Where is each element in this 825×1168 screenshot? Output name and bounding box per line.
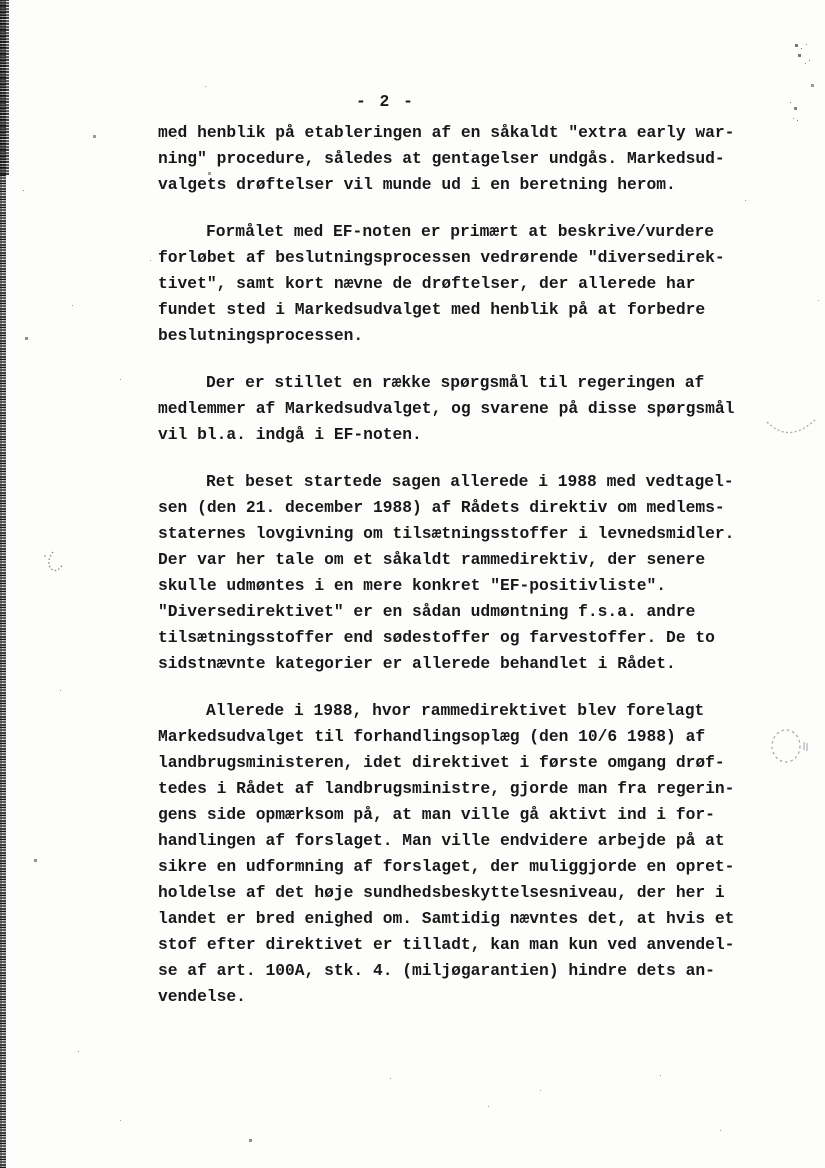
scan-arc-artifact [763,412,821,448]
handwritten-scribble-mark [40,548,70,578]
document-body: med henblik på etableringen af en såkald… [158,120,758,1010]
scan-noise-speckles [0,0,1,1]
page-number: - 2 - [356,92,415,111]
paragraph-4: Ret beset startede sagen allerede i 1988… [158,469,758,677]
scanned-document-page: - 2 - med henblik på etableringen af en … [0,0,825,1168]
left-scan-edge-artifact [0,0,6,1168]
paragraph-1: med henblik på etableringen af en såkald… [158,120,758,198]
paragraph-5: Allerede i 1988, hvor rammedirektivet bl… [158,698,758,1010]
scan-circle-artifact [768,726,814,772]
left-scan-edge-artifact-top [0,0,9,175]
paragraph-3: Der er stillet en række spørgsmål til re… [158,370,758,448]
paragraph-2: Formålet med EF-noten er primært at besk… [158,219,758,349]
